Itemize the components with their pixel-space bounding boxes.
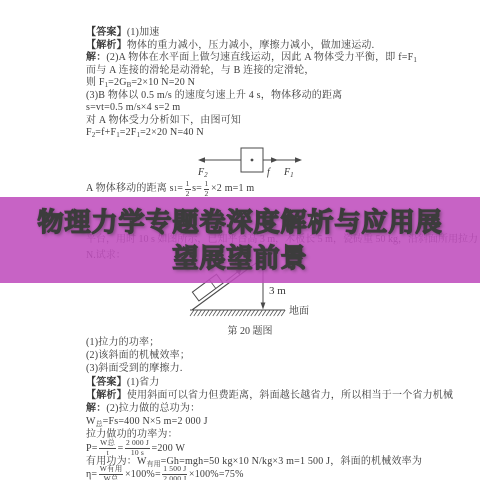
hatch-tick bbox=[247, 310, 251, 316]
text-span: (1)省力 bbox=[127, 377, 160, 388]
text-span: ×2 m=1 m bbox=[211, 181, 254, 197]
hatch-tick bbox=[262, 310, 266, 316]
text-span: =2F bbox=[120, 127, 137, 138]
hatch-tick bbox=[220, 310, 224, 316]
hatch-tick bbox=[281, 310, 285, 316]
text-span: (3)斜面受到的摩擦力. bbox=[86, 363, 183, 374]
text-line: 有用功为：W有用=Gh=mgh=50 kg×10 N/kg×3 m=1 500 … bbox=[86, 455, 436, 468]
text-line: s=vt=0.5 m/s×4 s=2 m bbox=[86, 102, 436, 115]
hatch-tick bbox=[274, 310, 278, 316]
text-line: 解：(2)A 物体在水平面上做匀速直线运动，因此 A 物体受力平衡，即 f=F1 bbox=[86, 52, 436, 65]
hatch-tick bbox=[239, 310, 243, 316]
bold-label: 【解析】 bbox=[86, 390, 127, 401]
hatch-tick bbox=[228, 310, 232, 316]
text-line: 对 A 物体受力分析如下，由图可知 bbox=[86, 115, 436, 128]
text-line: η=W有用W总×100%=1 500 J2 000 J×100%=75% bbox=[86, 468, 436, 480]
promo-banner: 物理力学专题卷深度解析与应用展 望展望前景 bbox=[0, 197, 480, 283]
fraction: 12 bbox=[204, 180, 210, 198]
text-span: 有用 bbox=[147, 460, 161, 468]
hatch-tick bbox=[198, 310, 202, 316]
text-span: (2)A 物体在水平面上做匀速直线运动，因此 A 物体受力平衡，即 f=F bbox=[106, 52, 413, 63]
text-span: = bbox=[118, 442, 124, 455]
text-line: (3)斜面受到的摩擦力. bbox=[86, 362, 436, 375]
hatch-tick bbox=[217, 310, 221, 316]
bold-label: 解： bbox=[86, 52, 106, 63]
bold-label: 【答案】 bbox=[86, 27, 127, 38]
text-span: s= bbox=[192, 181, 202, 197]
height-bottom-arrowhead-icon bbox=[261, 303, 266, 310]
left-force-label: F2 bbox=[197, 167, 208, 179]
text-span: =Fs=400 N×5 m=2 000 J bbox=[103, 416, 208, 427]
hatch-tick bbox=[205, 310, 209, 316]
fraction: W有用W总 bbox=[99, 465, 124, 480]
hatch-tick bbox=[236, 310, 240, 316]
text-line: W总=Fs=400 N×5 m=2 000 J bbox=[86, 415, 436, 428]
hatch-tick bbox=[255, 310, 259, 316]
text-span: ×100%= bbox=[125, 468, 161, 480]
text-span: ×100%=75% bbox=[189, 468, 244, 480]
text-span: η= bbox=[86, 468, 97, 480]
hatch-tick bbox=[190, 310, 194, 316]
text-span: W bbox=[86, 416, 96, 427]
text-span: 而与 A 连接的滑轮是动滑轮，与 B 连接的定滑轮， bbox=[86, 65, 315, 76]
text-line: P=W总t=2 000 J10 s=200 W bbox=[86, 442, 436, 455]
text-span: A 物体移动的距离 s bbox=[86, 181, 174, 197]
hatch-tick bbox=[194, 310, 198, 316]
solution-text-block-upper: 【答案】(1)加速【解析】物体的重力减小，压力减小，摩擦力减小，做加速运动.解：… bbox=[86, 27, 436, 140]
text-line: 解：(2)拉力做的总功为： bbox=[86, 402, 436, 415]
friction-label: f bbox=[267, 167, 271, 178]
text-line: 【答案】(1)加速 bbox=[86, 27, 436, 40]
text-span: =2×10 N=20 N bbox=[131, 77, 195, 88]
friction-arrowhead-icon bbox=[271, 157, 278, 162]
text-span: =f+F bbox=[95, 127, 116, 138]
banner-title-line1: 物理力学专题卷深度解析与应用展 bbox=[37, 204, 442, 240]
hatch-tick bbox=[213, 310, 217, 316]
ground-hatching bbox=[190, 310, 285, 316]
left-arrowhead-icon bbox=[198, 157, 205, 162]
hatch-tick bbox=[251, 310, 255, 316]
text-span: =200 W bbox=[152, 442, 186, 455]
text-line: 则 F1=2GB=2×10 N=20 N bbox=[86, 77, 436, 90]
hatch-tick bbox=[201, 310, 205, 316]
right-arrowhead-icon bbox=[295, 157, 302, 162]
text-span: 总 bbox=[96, 420, 103, 428]
text-line: 【解析】使用斜面可以省力但费距离，斜面越长越省力，所以相当于一个省力机械 bbox=[86, 389, 436, 402]
text-span: s=vt=0.5 m/s×4 s=2 m bbox=[86, 102, 180, 113]
text-span: =Gh=mgh=50 kg×10 N/kg×3 m=1 500 J，斜面的机械效… bbox=[161, 456, 422, 467]
text-line: (1)拉力的功率； bbox=[86, 336, 436, 349]
hatch-tick bbox=[224, 310, 228, 316]
text-line: (2)该斜面的机械效率； bbox=[86, 349, 436, 362]
force-diagram: F2 f F1 bbox=[196, 142, 306, 180]
text-span: =2×20 N=40 N bbox=[140, 127, 204, 138]
text-span: P= bbox=[86, 442, 98, 455]
text-span: 使用斜面可以省力但费距离，斜面越长越省力，所以相当于一个省力机械 bbox=[127, 390, 453, 401]
text-span: (3)B 物体以 0.5 m/s 的速度匀速上升 4 s，物体移动的距离 bbox=[86, 90, 342, 101]
text-line: A 物体移动的距离 s1=12s=12×2 m=1 m bbox=[86, 181, 436, 197]
fraction: 1 500 J2 000 J bbox=[162, 465, 187, 480]
text-span: (2)该斜面的机械效率； bbox=[86, 350, 190, 361]
hatch-tick bbox=[243, 310, 247, 316]
hatch-tick bbox=[232, 310, 236, 316]
height-label: 3 m bbox=[269, 285, 286, 297]
text-span: (1)拉力的功率； bbox=[86, 337, 159, 348]
solution-text-block-lower: (1)拉力的功率；(2)该斜面的机械效率；(3)斜面受到的摩擦力.【答案】(1)… bbox=[86, 336, 436, 480]
hatch-tick bbox=[209, 310, 213, 316]
text-line: 【答案】(1)省力 bbox=[86, 376, 436, 389]
text-span: =2G bbox=[108, 77, 126, 88]
text-span: 对 A 物体受力分析如下，由图可知 bbox=[86, 115, 241, 126]
hatch-tick bbox=[258, 310, 262, 316]
text-line: (3)B 物体以 0.5 m/s 的速度匀速上升 4 s，物体移动的距离 bbox=[86, 90, 436, 103]
text-span: 物体的重力减小，压力减小，摩擦力减小，做加速运动. bbox=[127, 40, 375, 51]
right-force-label: F1 bbox=[283, 167, 294, 179]
bold-label: 【答案】 bbox=[86, 377, 127, 388]
covered-formula-line: A 物体移动的距离 s1=12s=12×2 m=1 m bbox=[86, 181, 436, 197]
text-span: = bbox=[177, 181, 183, 197]
bold-label: 【解析】 bbox=[86, 40, 127, 51]
text-span: (2)拉力做的总功为： bbox=[106, 403, 200, 414]
hatch-tick bbox=[270, 310, 274, 316]
text-span: 1 bbox=[413, 56, 417, 64]
text-span: 则 F bbox=[86, 77, 105, 88]
hatch-tick bbox=[266, 310, 270, 316]
text-line: F2=f+F1=2F1=2×20 N=40 N bbox=[86, 127, 436, 140]
hatch-tick bbox=[277, 310, 281, 316]
text-line: 【解析】物体的重力减小，压力减小，摩擦力减小，做加速运动. bbox=[86, 40, 436, 53]
ground-label: 地面 bbox=[289, 304, 309, 317]
worksheet-page: { "page": { "background": "#ffffff", "te… bbox=[0, 0, 480, 480]
fraction: 12 bbox=[185, 180, 191, 198]
text-span: (1)加速 bbox=[127, 27, 160, 38]
banner-title-line2: 望展望前景 bbox=[172, 240, 307, 276]
bold-label: 解： bbox=[86, 403, 106, 414]
text-line: 而与 A 连接的滑轮是动滑轮，与 B 连接的定滑轮， bbox=[86, 65, 436, 78]
center-dot bbox=[251, 159, 254, 162]
